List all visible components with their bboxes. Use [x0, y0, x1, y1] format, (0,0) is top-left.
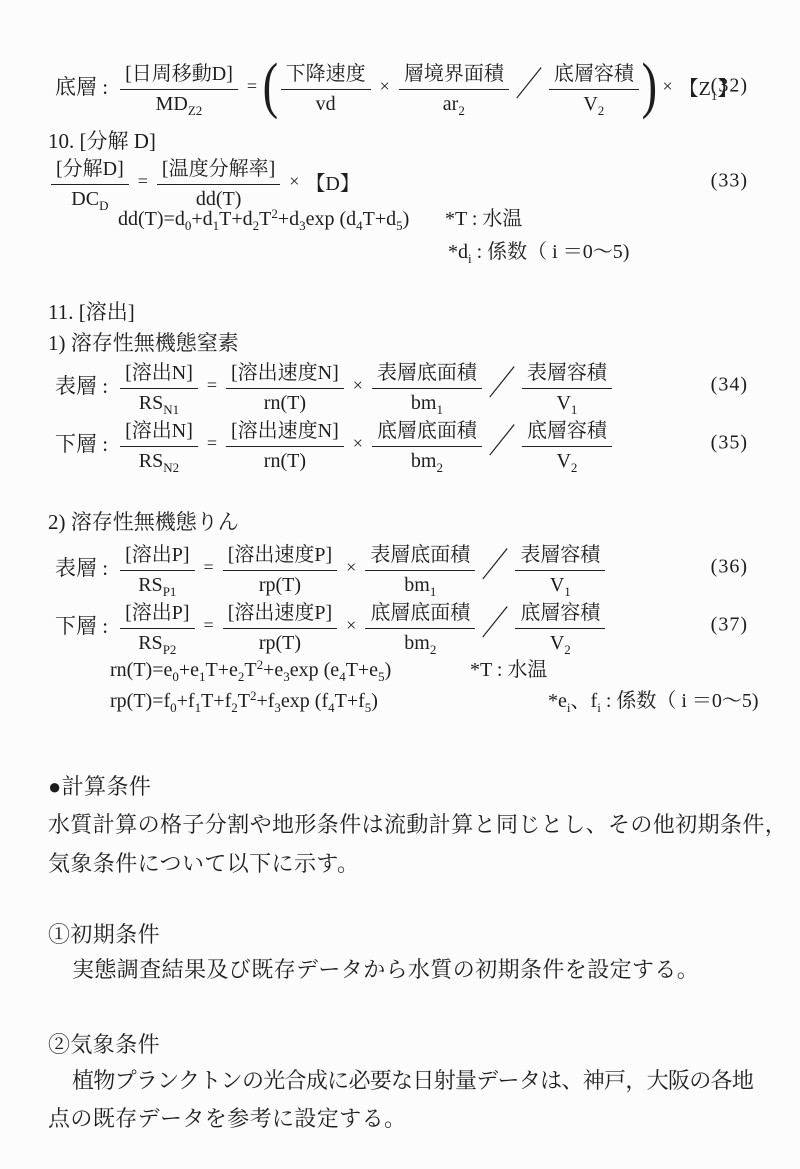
equation-rn-definition: rn(T)=e0+e1T+e2T2+e3exp (e4T+e5): [110, 657, 391, 683]
numerator: [溶出速度P]: [223, 596, 337, 629]
numerator: 底層底面積: [365, 596, 475, 629]
formula-text: 表層 :: [55, 374, 108, 398]
denominator: rp(T): [254, 571, 306, 597]
formula-text: T+f: [335, 690, 365, 712]
numerator: [溶出P]: [120, 538, 194, 571]
formula-text: V: [583, 93, 597, 115]
formula-text: exp (d: [306, 208, 357, 230]
formula-text: *T : 水温: [445, 208, 522, 230]
formula-run: 底層底面積: [370, 602, 470, 624]
formula-text: *T : 水温: [470, 659, 547, 681]
numerator: [溶出速度N]: [226, 356, 344, 389]
formula-text: +e: [179, 659, 199, 681]
denominator: RSP1: [133, 571, 181, 597]
formula-run: 表層容積: [520, 544, 600, 566]
big-slash: ／: [482, 608, 509, 642]
formula-text: : 係数（ i ＝0〜5): [601, 690, 759, 712]
subsection-2-phosphorus: 2) 溶存性無機態りん: [48, 508, 239, 536]
subscript: N2: [163, 460, 179, 475]
big-slash: ／: [482, 550, 509, 584]
numerator: 下降速度: [281, 57, 371, 90]
formula-text: T+d: [363, 208, 397, 230]
formula-run: [溶出速度N]: [231, 420, 339, 442]
formula-run: rp(T): [259, 574, 301, 596]
formula-run: 下層 :: [55, 610, 108, 640]
formula-run: RSP1: [138, 574, 176, 596]
formula-text: 表層底面積: [377, 362, 477, 384]
formula-run: V1: [556, 392, 577, 414]
formula-run: rn(T)=e0+e1T+e2T2+e3exp (e4T+e5): [110, 659, 391, 681]
formula-text: *e: [548, 690, 567, 712]
formula-text: exp (f: [281, 690, 328, 712]
formula-text: 表層底面積: [370, 544, 470, 566]
note-water-temperature-1: *T : 水温: [445, 206, 522, 232]
note-water-temperature-2: *T : 水温: [470, 657, 547, 683]
formula-run: V2: [550, 632, 571, 654]
formula-run: [溶出速度P]: [228, 544, 332, 566]
formula-text: +e: [263, 659, 283, 681]
fraction: 底層底面積bm2: [372, 414, 482, 473]
formula-run: 底層容積: [520, 602, 600, 624]
fraction: [溶出速度N]rn(T): [226, 356, 344, 415]
numerator: 底層容積: [522, 414, 612, 447]
formula-run: 下降速度: [286, 63, 366, 85]
operator: =: [207, 375, 217, 396]
formula-run: 表層 :: [55, 370, 108, 400]
formula-run: MDZ2: [156, 93, 203, 115]
numerator: 表層底面積: [365, 538, 475, 571]
equation-37: (37) 下層 :[溶出P]RSP2=[溶出速度P]rp(T)×底層底面積bm2…: [55, 596, 800, 654]
formula-run: dd(T)=d0+d1T+d2T2+d3exp (d4T+d5): [118, 208, 409, 230]
subscript: 2: [598, 103, 605, 118]
fraction: 表層容積V1: [522, 356, 612, 415]
formula-text: 底層容積: [554, 63, 634, 85]
formula-text: [日周移動D]: [125, 63, 233, 85]
fraction: [溶出速度P]rp(T): [223, 538, 337, 597]
formula-text: [溶出速度P]: [228, 602, 332, 624]
fraction: 下降速度vd: [281, 57, 371, 116]
formula-run: RSN1: [139, 392, 179, 414]
denominator: rp(T): [254, 629, 306, 655]
formula-text: T+f: [201, 690, 231, 712]
formula-text: [溶出N]: [125, 420, 193, 442]
denominator: MDZ2: [151, 90, 208, 116]
formula-run: [溶出速度N]: [231, 362, 339, 384]
weather-conditions-line2: 点の既存データを参考に設定する。: [48, 1104, 406, 1134]
formula-text: bm: [404, 632, 430, 654]
formula-text: *d: [448, 241, 468, 263]
equation-dd-definition: dd(T)=d0+d1T+d2T2+d3exp (d4T+d5): [118, 206, 409, 232]
big-parenthesis: (: [263, 55, 278, 117]
denominator: V2: [578, 90, 609, 116]
fraction: 底層容積V2: [522, 414, 612, 473]
denominator: bm1: [399, 571, 441, 597]
formula-text: ar: [443, 93, 459, 115]
formula-run: [溶出速度P]: [228, 602, 332, 624]
numerator: 底層容積: [515, 596, 605, 629]
formula-text: T: [238, 690, 250, 712]
formula-run: bm1: [411, 392, 443, 414]
formula-text: RS: [138, 632, 162, 654]
fraction: 底層底面積bm2: [365, 596, 475, 655]
fraction: 層境界面積ar2: [399, 57, 509, 116]
formula-text: 底層容積: [527, 420, 607, 442]
operator: ×: [346, 615, 356, 636]
formula-text: +f: [256, 690, 274, 712]
formula-text: : 係数（ i ＝0〜5): [472, 241, 630, 263]
equation-number-37: (37): [711, 614, 748, 637]
numerator: 表層容積: [522, 356, 612, 389]
formula-run: rp(T): [259, 632, 301, 654]
formula-run: *ei、fi : 係数（ i ＝0〜5): [548, 690, 759, 712]
operator: ×: [662, 76, 672, 97]
formula-text: 下降速度: [286, 63, 366, 85]
fraction: [温度分解率]dd(T): [157, 152, 280, 211]
denominator: V1: [545, 571, 576, 597]
operator: ×: [353, 375, 363, 396]
formula-text: 層境界面積: [404, 63, 504, 85]
formula-run: bm2: [404, 632, 436, 654]
numerator: 表層底面積: [372, 356, 482, 389]
formula-run: RSP2: [138, 632, 176, 654]
big-slash: ／: [515, 69, 542, 103]
equation-36: (36) 表層 :[溶出P]RSP1=[溶出速度P]rp(T)×表層底面積bm1…: [55, 538, 800, 596]
fraction: [溶出速度P]rp(T): [223, 596, 337, 655]
operator: =: [247, 76, 257, 97]
formula-text: vd: [316, 93, 336, 115]
formula-text: rp(T): [259, 574, 301, 596]
formula-run: bm1: [404, 574, 436, 596]
formula-run: [溶出P]: [125, 544, 189, 566]
denominator: V2: [551, 447, 582, 473]
operator: =: [138, 171, 148, 192]
equation-34: (34) 表層 :[溶出N]RSN1=[溶出速度N]rn(T)×表層底面積bm1…: [55, 356, 800, 414]
formula-text: rn(T): [264, 392, 306, 414]
formula-text: V: [556, 450, 570, 472]
equation-number-33: (33): [711, 170, 748, 193]
denominator: RSN1: [134, 389, 184, 415]
big-slash: ／: [488, 368, 515, 402]
formula-run: vd: [316, 93, 336, 115]
initial-conditions-heading: ①初期条件: [48, 920, 160, 950]
formula-run: 表層底面積: [377, 362, 477, 384]
numerator: 底層容積: [549, 57, 639, 90]
formula-run: [分解D]: [56, 158, 124, 180]
fraction: [分解D]DCD: [51, 152, 129, 211]
formula-text: bm: [411, 392, 437, 414]
formula-run: 表層底面積: [370, 544, 470, 566]
formula-run: 【D】: [305, 167, 359, 196]
formula-run: 底層容積: [527, 420, 607, 442]
formula-text: 表層容積: [520, 544, 600, 566]
formula-text: rn(T): [264, 450, 306, 472]
section-heading-11: 11. [溶出]: [48, 298, 135, 326]
formula-run: [溶出N]: [125, 362, 193, 384]
subsection-1-nitrogen: 1) 溶存性無機態窒素: [48, 329, 239, 357]
fraction: 表層底面積bm1: [372, 356, 482, 415]
formula-text: 底層底面積: [370, 602, 470, 624]
formula-text: RS: [139, 392, 163, 414]
denominator: V2: [545, 629, 576, 655]
equation-35: (35) 下層 :[溶出N]RSN2=[溶出速度N]rn(T)×底層底面積bm2…: [55, 414, 800, 472]
equation-number-36: (36): [711, 556, 748, 579]
formula-text: 【Z: [679, 78, 711, 100]
formula-run: 表層 :: [55, 552, 108, 582]
formula-text: V: [550, 574, 564, 596]
formula-text: 【D】: [305, 173, 359, 195]
numerator: [温度分解率]: [157, 152, 280, 185]
weather-conditions-line1: 植物プランクトンの光合成に必要な日射量データは、神戸，大阪の各地: [72, 1066, 753, 1096]
formula-text: 底層 :: [55, 75, 108, 99]
formula-text: V: [556, 392, 570, 414]
note-coefficient-ef: *ei、fi : 係数（ i ＝0〜5): [548, 688, 759, 714]
formula-text: RS: [138, 574, 162, 596]
formula-run: V2: [583, 93, 604, 115]
note-coefficient-d: *di : 係数（ i ＝0〜5): [448, 239, 629, 265]
operator: =: [204, 615, 214, 636]
formula-text: T: [244, 659, 256, 681]
formula-run: V1: [550, 574, 571, 596]
formula-text: T+e: [346, 659, 378, 681]
formula-text: bm: [411, 450, 437, 472]
initial-conditions-body: 実態調査結果及び既存データから水質の初期条件を設定する。: [72, 955, 699, 985]
formula-text: [溶出速度N]: [231, 420, 339, 442]
operator: ×: [289, 171, 299, 192]
formula-run: [溶出P]: [125, 602, 189, 624]
formula-run: [日周移動D]: [125, 63, 233, 85]
formula-text: +d: [191, 208, 212, 230]
formula-text: ): [385, 659, 392, 681]
subscript: 2: [436, 460, 443, 475]
formula-run: 底層 :: [55, 71, 108, 101]
fraction: 表層底面積bm1: [365, 538, 475, 597]
formula-text: 表層 :: [55, 556, 108, 580]
formula-run: RSN2: [139, 450, 179, 472]
numerator: 層境界面積: [399, 57, 509, 90]
formula-text: +f: [177, 690, 195, 712]
fraction: 表層容積V1: [515, 538, 605, 597]
equation-33: (33) [分解D]DCD=[温度分解率]dd(T)×【D】: [48, 152, 800, 210]
formula-text: +d: [278, 208, 299, 230]
numerator: [溶出N]: [120, 414, 198, 447]
document-page: (32) 底層 :[日周移動D]MDZ2=(下降速度vd×層境界面積ar2／底層…: [0, 0, 800, 1169]
subscript: 2: [458, 103, 465, 118]
numerator: [溶出P]: [120, 596, 194, 629]
formula-run: 表層容積: [527, 362, 607, 384]
formula-run: 層境界面積: [404, 63, 504, 85]
denominator: RSP2: [133, 629, 181, 655]
denominator: bm2: [406, 447, 448, 473]
numerator: 底層底面積: [372, 414, 482, 447]
formula-text: 底層底面積: [377, 420, 477, 442]
formula-text: RS: [139, 450, 163, 472]
denominator: rn(T): [259, 389, 311, 415]
numerator: [分解D]: [51, 152, 129, 185]
formula-text: T: [259, 208, 271, 230]
formula-text: rn(T)=e: [110, 659, 172, 681]
formula-run: *di : 係数（ i ＝0〜5): [448, 241, 629, 263]
denominator: vd: [311, 90, 341, 116]
subscript: P2: [163, 642, 177, 657]
formula-text: exp (e: [290, 659, 339, 681]
fraction: [溶出P]RSP2: [120, 596, 194, 655]
operator: =: [204, 557, 214, 578]
formula-run: V2: [556, 450, 577, 472]
formula-run: rn(T): [264, 450, 306, 472]
big-parenthesis: ): [641, 55, 656, 117]
equation-number-35: (35): [711, 432, 748, 455]
formula-run: *T : 水温: [445, 208, 522, 230]
fraction: [溶出N]RSN2: [120, 414, 198, 473]
fraction: 底層容積V2: [549, 57, 639, 116]
formula-text: DC: [71, 188, 99, 210]
numerator: [溶出速度P]: [223, 538, 337, 571]
formula-text: T+d: [219, 208, 253, 230]
fraction: [溶出速度N]rn(T): [226, 414, 344, 473]
subscript: 2: [564, 642, 571, 657]
formula-text: [温度分解率]: [162, 158, 275, 180]
fraction: [日周移動D]MDZ2: [120, 57, 238, 116]
denominator: ar2: [438, 90, 470, 116]
formula-text: [溶出速度P]: [228, 544, 332, 566]
formula-text: MD: [156, 93, 188, 115]
numerator: [溶出速度N]: [226, 414, 344, 447]
denominator: V1: [551, 389, 582, 415]
formula-run: ar2: [443, 93, 465, 115]
formula-text: rp(T): [259, 632, 301, 654]
numerator: [溶出N]: [120, 356, 198, 389]
calc-conditions-paragraph-line1: 水質計算の格子分割や地形条件は流動計算と同じとし、その他初期条件，: [48, 810, 787, 840]
formula-run: [溶出N]: [125, 420, 193, 442]
formula-run: [温度分解率]: [162, 158, 275, 180]
calc-conditions-paragraph-line2: 気象条件について以下に示す。: [48, 849, 359, 879]
subscript: Z2: [188, 103, 202, 118]
formula-text: rp(T)=f: [110, 690, 170, 712]
calc-conditions-heading: ●計算条件: [48, 772, 151, 802]
weather-conditions-heading: ②気象条件: [48, 1030, 160, 1060]
operator: ×: [346, 557, 356, 578]
equation-number-34: (34): [711, 374, 748, 397]
formula-run: 底層底面積: [377, 420, 477, 442]
formula-text: 表層容積: [527, 362, 607, 384]
denominator: RSN2: [134, 447, 184, 473]
formula-text: [分解D]: [56, 158, 124, 180]
subscript: D: [99, 198, 108, 213]
denominator: bm2: [399, 629, 441, 655]
equation-rp-definition: rp(T)=f0+f1T+f2T2+f3exp (f4T+f5): [110, 688, 378, 714]
equation-32: (32) 底層 :[日周移動D]MDZ2=(下降速度vd×層境界面積ar2／底層…: [55, 54, 800, 118]
formula-text: dd(T)=d: [118, 208, 185, 230]
formula-text: ): [371, 690, 378, 712]
numerator: 表層容積: [515, 538, 605, 571]
formula-text: 、f: [571, 690, 598, 712]
denominator: bm1: [406, 389, 448, 415]
formula-run: bm2: [411, 450, 443, 472]
denominator: rn(T): [259, 447, 311, 473]
formula-text: bm: [404, 574, 430, 596]
formula-text: 下層 :: [55, 432, 108, 456]
subscript: 2: [571, 460, 578, 475]
formula-run: *T : 水温: [470, 659, 547, 681]
formula-text: [溶出速度N]: [231, 362, 339, 384]
formula-run: rp(T)=f0+f1T+f2T2+f3exp (f4T+f5): [110, 690, 378, 712]
formula-run: DCD: [71, 188, 108, 210]
denominator: DCD: [66, 185, 113, 211]
fraction: [溶出P]RSP1: [120, 538, 194, 597]
formula-text: 下層 :: [55, 614, 108, 638]
subscript: 2: [430, 642, 437, 657]
formula-text: T+e: [206, 659, 238, 681]
formula-run: 底層容積: [554, 63, 634, 85]
formula-text: V: [550, 632, 564, 654]
fraction: 底層容積V2: [515, 596, 605, 655]
formula-text: [溶出N]: [125, 362, 193, 384]
formula-run: 下層 :: [55, 428, 108, 458]
operator: =: [207, 433, 217, 454]
formula-text: [溶出P]: [125, 602, 189, 624]
equation-number-32: (32): [711, 75, 748, 98]
numerator: [日周移動D]: [120, 57, 238, 90]
formula-run: rn(T): [264, 392, 306, 414]
big-slash: ／: [488, 426, 515, 460]
formula-text: ): [403, 208, 410, 230]
formula-text: 底層容積: [520, 602, 600, 624]
operator: ×: [353, 433, 363, 454]
formula-text: [溶出P]: [125, 544, 189, 566]
fraction: [溶出N]RSN1: [120, 356, 198, 415]
operator: ×: [380, 76, 390, 97]
